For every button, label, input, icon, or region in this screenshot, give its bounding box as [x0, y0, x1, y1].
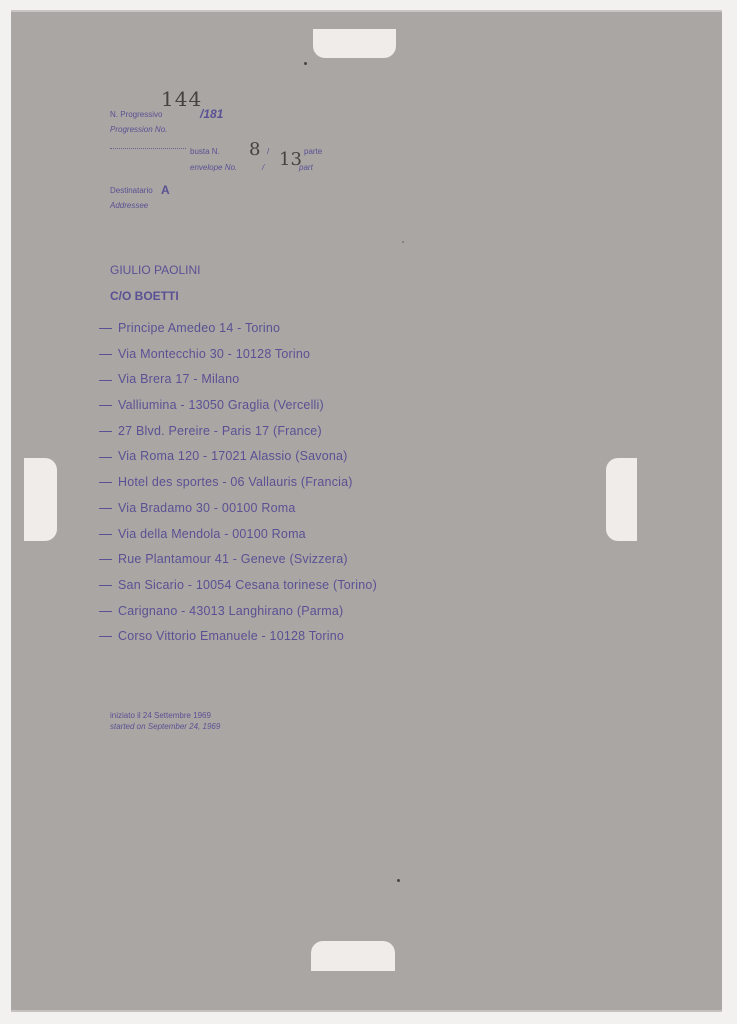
tab-cutout-left [24, 458, 57, 541]
slash-bottom: / [262, 163, 264, 172]
dash-icon [99, 508, 112, 509]
list-item: Hotel des sportes - 06 Vallauris (Franci… [99, 474, 377, 500]
envelope-label-en: envelope No. [190, 163, 237, 172]
tab-cutout-bottom [311, 941, 395, 971]
started-date-it: iniziato il 24 Settembre 1969 [110, 711, 211, 720]
list-item: 27 Blvd. Pereire - Paris 17 (France) [99, 423, 377, 449]
address-list: Principe Amedeo 14 - Torino Via Montecch… [99, 320, 377, 654]
dotted-line [110, 148, 186, 149]
list-item: Via Bradamo 30 - 00100 Roma [99, 500, 377, 526]
list-item: Via Roma 120 - 17021 Alassio (Savona) [99, 448, 377, 474]
paper-speck [402, 241, 404, 243]
dash-icon [99, 380, 112, 381]
started-date-en: started on September 24, 1969 [110, 722, 220, 731]
paper-speck [397, 879, 400, 882]
dash-icon [99, 611, 112, 612]
list-item: Carignano - 43013 Langhirano (Parma) [99, 603, 377, 629]
list-item: Corso Vittorio Emanuele - 10128 Torino [99, 628, 377, 654]
progression-number: 144 [161, 87, 202, 111]
addressee-label-en: Addressee [110, 201, 148, 210]
list-item: Rue Plantamour 41 - Geneve (Svizzera) [99, 551, 377, 577]
list-item: Via Brera 17 - Milano [99, 371, 377, 397]
dash-icon [99, 534, 112, 535]
list-item: Valliumina - 13050 Graglia (Vercelli) [99, 397, 377, 423]
dash-icon [99, 431, 112, 432]
part-label-it: parte [304, 147, 322, 156]
dash-icon [99, 328, 112, 329]
dash-icon [99, 482, 112, 483]
addressee-letter: A [161, 183, 170, 197]
list-item: Principe Amedeo 14 - Torino [99, 320, 377, 346]
tab-cutout-top [313, 29, 396, 58]
progression-label-en: Progression No. [110, 125, 167, 134]
progression-label-it: N. Progressivo [110, 110, 162, 119]
dash-icon [99, 354, 112, 355]
tab-cutout-right [606, 458, 637, 541]
dash-icon [99, 405, 112, 406]
recipient-name: GIULIO PAOLINI [110, 263, 200, 277]
list-item: San Sicario - 10054 Cesana torinese (Tor… [99, 577, 377, 603]
dash-icon [99, 636, 112, 637]
list-item: Via della Mendola - 00100 Roma [99, 526, 377, 552]
addressee-label-it: Destinatario [110, 186, 153, 195]
part-label-en: part [299, 163, 313, 172]
dash-icon [99, 457, 112, 458]
paper-speck [304, 62, 307, 65]
slash-top: / [267, 147, 269, 156]
progression-total: /181 [200, 107, 223, 121]
care-of: C/O BOETTI [110, 289, 179, 303]
envelope-label-it: busta N. [190, 147, 220, 156]
dash-icon [99, 559, 112, 560]
list-item: Via Montecchio 30 - 10128 Torino [99, 346, 377, 372]
envelope-number: 8 [249, 139, 260, 160]
dash-icon [99, 585, 112, 586]
